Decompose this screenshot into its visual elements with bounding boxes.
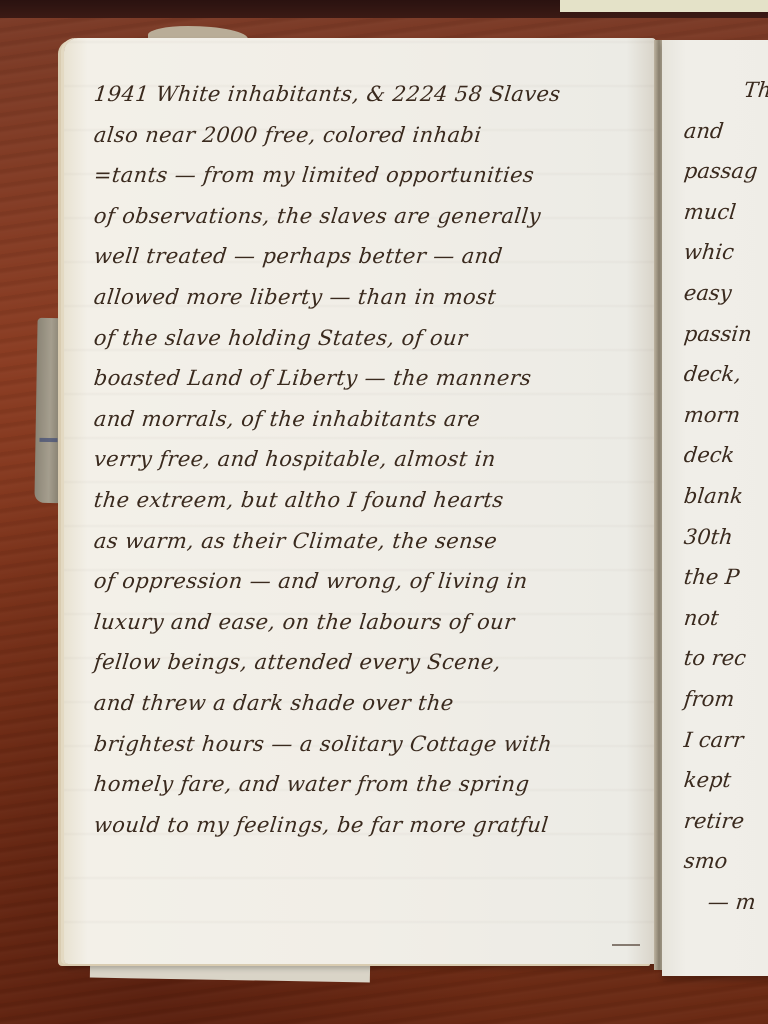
text-line: mucl bbox=[682, 192, 768, 233]
text-line: The bbox=[682, 70, 768, 111]
text-line: the P bbox=[682, 557, 768, 598]
text-line: deck, bbox=[682, 354, 768, 395]
text-line: not bbox=[682, 598, 768, 639]
text-line: of observations, the slaves are generall… bbox=[92, 196, 656, 237]
text-line: smo bbox=[682, 841, 768, 882]
text-line: whic bbox=[682, 232, 768, 273]
text-line: well treated — perhaps better — and bbox=[92, 236, 656, 277]
text-line: morn bbox=[682, 395, 768, 436]
worn-spine-tape bbox=[34, 318, 65, 503]
text-line: =tants — from my limited opportunities bbox=[92, 155, 656, 196]
text-line: the extreem, but altho I found hearts bbox=[92, 480, 656, 521]
text-line: brightest hours — a solitary Cottage wit… bbox=[92, 724, 656, 765]
text-line: luxury and ease, on the labours of our bbox=[92, 602, 656, 643]
text-line: blank bbox=[682, 476, 768, 517]
text-line: passag bbox=[682, 151, 768, 192]
text-line: verry free, and hospitable, almost in bbox=[92, 439, 656, 480]
text-line: to rec bbox=[682, 638, 768, 679]
text-line: passin bbox=[682, 314, 768, 355]
text-line: I carr bbox=[682, 720, 768, 761]
right-journal-page: The and passag mucl whic easy passin dec… bbox=[662, 40, 768, 976]
text-line: 30th bbox=[682, 517, 768, 558]
text-line: of oppression — and wrong, of living in bbox=[92, 561, 656, 602]
text-line: from bbox=[682, 679, 768, 720]
text-line: boasted Land of Liberty — the manners bbox=[92, 358, 656, 399]
text-line: and bbox=[682, 111, 768, 152]
text-line: 1941 White inhabitants, & 2224 58 Slaves bbox=[92, 74, 656, 115]
text-line: homely fare, and water from the spring bbox=[92, 764, 656, 805]
text-line: also near 2000 free, colored inhabi bbox=[92, 115, 656, 156]
text-line: and morrals, of the inhabitants are bbox=[92, 399, 656, 440]
text-line: and threw a dark shade over the bbox=[92, 683, 656, 724]
text-line: fellow beings, attended every Scene, bbox=[92, 642, 656, 683]
left-journal-page: 1941 White inhabitants, & 2224 58 Slaves… bbox=[64, 38, 656, 964]
end-of-page-dash bbox=[612, 944, 640, 946]
left-page-text: 1941 White inhabitants, & 2224 58 Slaves… bbox=[94, 74, 654, 845]
text-line: easy bbox=[682, 273, 768, 314]
text-line: — m bbox=[682, 882, 768, 923]
text-line: deck bbox=[682, 435, 768, 476]
text-line: as warm, as their Climate, the sense bbox=[92, 521, 656, 562]
text-line: would to my feelings, be far more gratfu… bbox=[92, 805, 656, 846]
text-line: allowed more liberty — than in most bbox=[92, 277, 656, 318]
text-line: of the slave holding States, of our bbox=[92, 318, 656, 359]
right-page-text: The and passag mucl whic easy passin dec… bbox=[684, 70, 768, 922]
card-edge bbox=[560, 0, 768, 12]
text-line: kept bbox=[682, 760, 768, 801]
text-line: retire bbox=[682, 801, 768, 842]
